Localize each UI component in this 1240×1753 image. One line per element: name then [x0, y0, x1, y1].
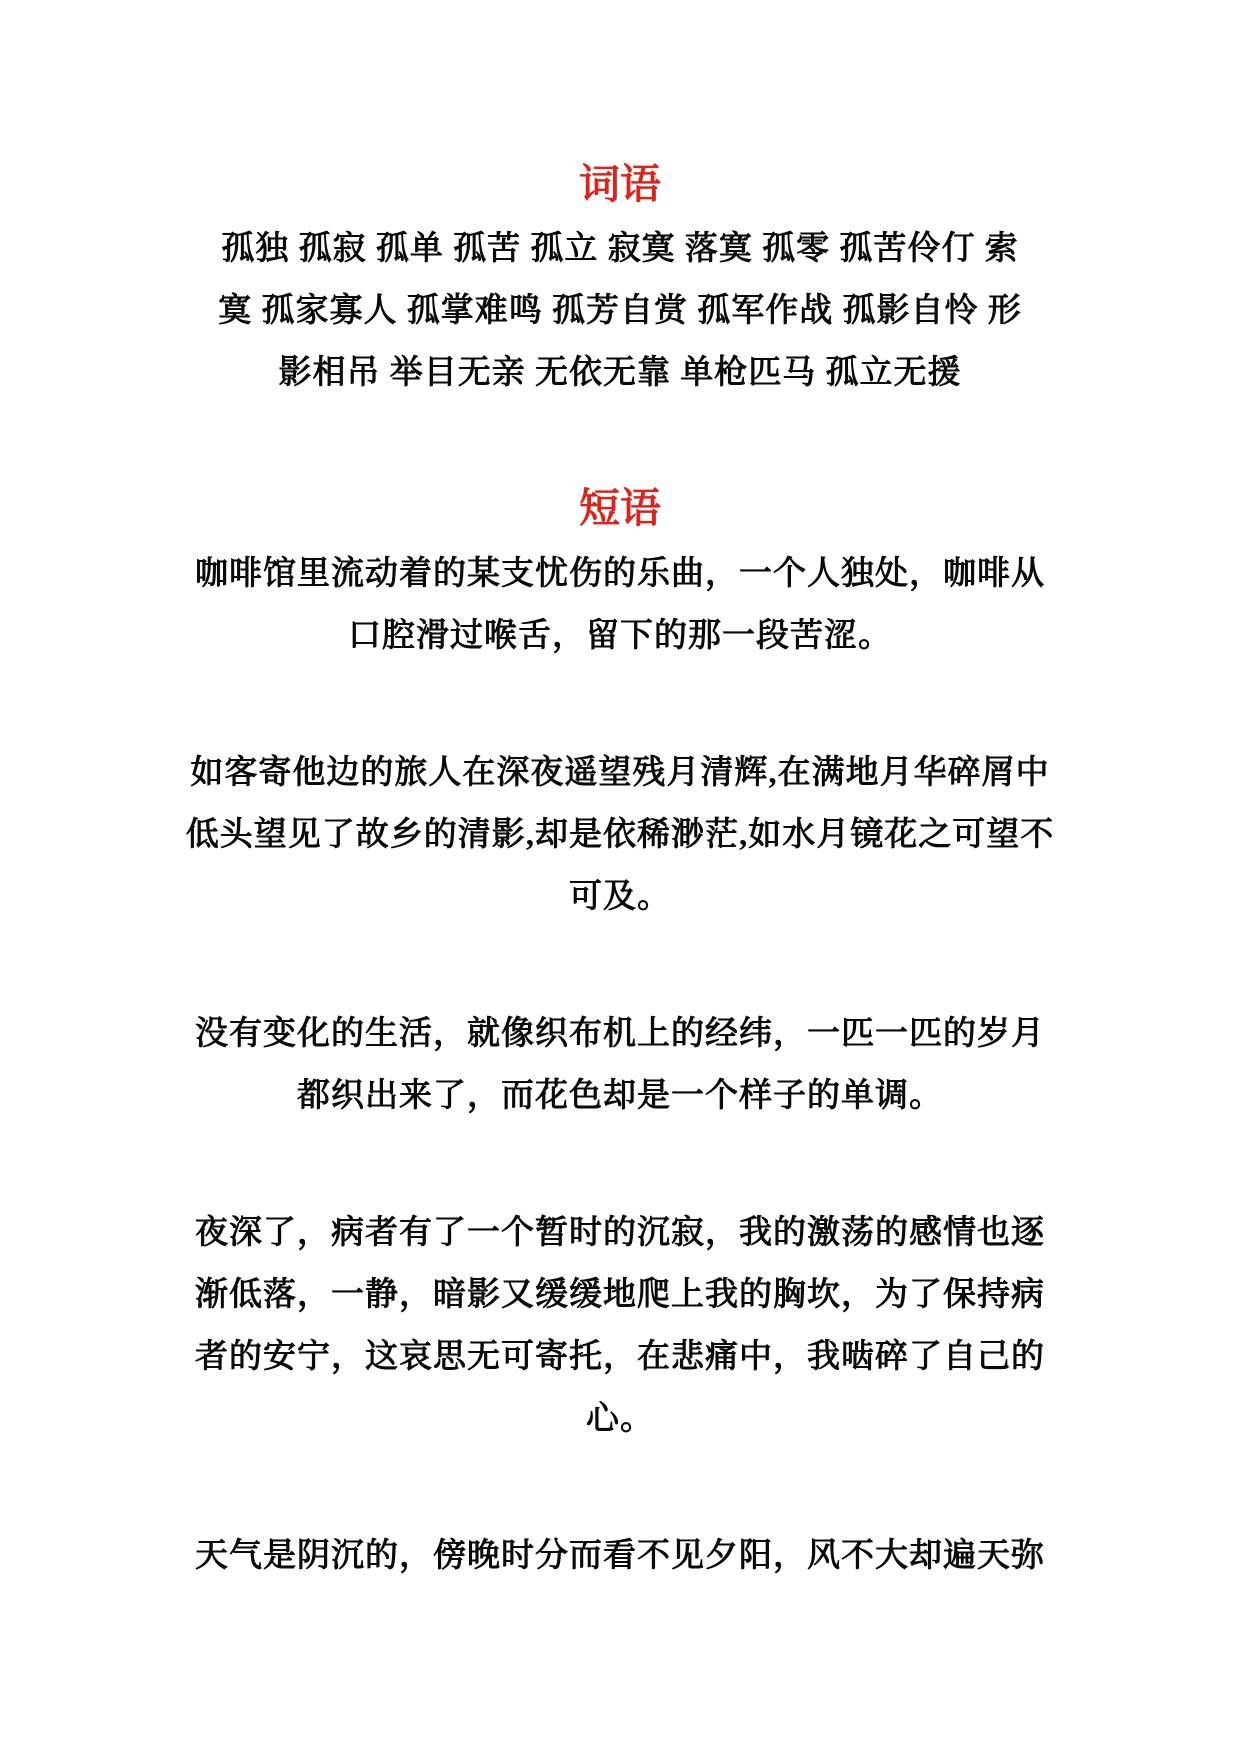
phrase-line: 如客寄他边的旅人在深夜遥望残月清辉,在满地月华碎屑中 — [0, 742, 1240, 804]
phrases-section: 咖啡馆里流动着的某支忧伤的乐曲，一个人独处，咖啡从 口腔滑过喉舌，留下的那一段苦… — [0, 543, 1240, 1587]
phrase-line: 没有变化的生活，就像织布机上的经纬，一匹一匹的岁月 — [0, 1003, 1240, 1065]
phrase-line: 者的安宁，这哀思无可寄托，在悲痛中，我啮碎了自己的 — [0, 1326, 1240, 1388]
phrase-line: 渐低落，一静，暗影又缓缓地爬上我的胸坎，为了保持病 — [0, 1264, 1240, 1326]
phrase-paragraph: 没有变化的生活，就像织布机上的经纬，一匹一匹的岁月 都织出来了，而花色却是一个样… — [0, 1003, 1240, 1127]
words-section: 孤独 孤寂 孤单 孤苦 孤立 寂寞 落寞 孤零 孤苦伶仃 索 寞 孤家寡人 孤掌… — [0, 218, 1240, 404]
document-page: 词语 孤独 孤寂 孤单 孤苦 孤立 寂寞 落寞 孤零 孤苦伶仃 索 寞 孤家寡人… — [0, 0, 1240, 1753]
phrase-paragraph: 天气是阴沉的，傍晚时分而看不见夕阳，风不大却遍天弥 — [0, 1525, 1240, 1587]
phrase-line: 都织出来了，而花色却是一个样子的单调。 — [0, 1065, 1240, 1127]
phrase-line: 心。 — [0, 1388, 1240, 1450]
words-section-heading: 词语 — [0, 153, 1240, 215]
phrase-line: 天气是阴沉的，傍晚时分而看不见夕阳，风不大却遍天弥 — [0, 1525, 1240, 1587]
phrase-line: 可及。 — [0, 866, 1240, 928]
phrase-line: 口腔滑过喉舌，留下的那一段苦涩。 — [0, 605, 1240, 667]
word-line: 孤独 孤寂 孤单 孤苦 孤立 寂寞 落寞 孤零 孤苦伶仃 索 — [0, 218, 1240, 280]
word-line: 影相吊 举目无亲 无依无靠 单枪匹马 孤立无援 — [0, 342, 1240, 404]
phrase-paragraph: 夜深了，病者有了一个暂时的沉寂，我的激荡的感情也逐 渐低落，一静，暗影又缓缓地爬… — [0, 1202, 1240, 1450]
word-line: 寞 孤家寡人 孤掌难鸣 孤芳自赏 孤军作战 孤影自怜 形 — [0, 280, 1240, 342]
phrase-paragraph: 如客寄他边的旅人在深夜遥望残月清辉,在满地月华碎屑中 低头望见了故乡的清影,却是… — [0, 742, 1240, 928]
phrase-paragraph: 咖啡馆里流动着的某支忧伤的乐曲，一个人独处，咖啡从 口腔滑过喉舌，留下的那一段苦… — [0, 543, 1240, 667]
phrase-line: 夜深了，病者有了一个暂时的沉寂，我的激荡的感情也逐 — [0, 1202, 1240, 1264]
phrase-line: 低头望见了故乡的清影,却是依稀渺茫,如水月镜花之可望不 — [0, 804, 1240, 866]
phrases-section-heading: 短语 — [0, 477, 1240, 539]
phrase-line: 咖啡馆里流动着的某支忧伤的乐曲，一个人独处，咖啡从 — [0, 543, 1240, 605]
